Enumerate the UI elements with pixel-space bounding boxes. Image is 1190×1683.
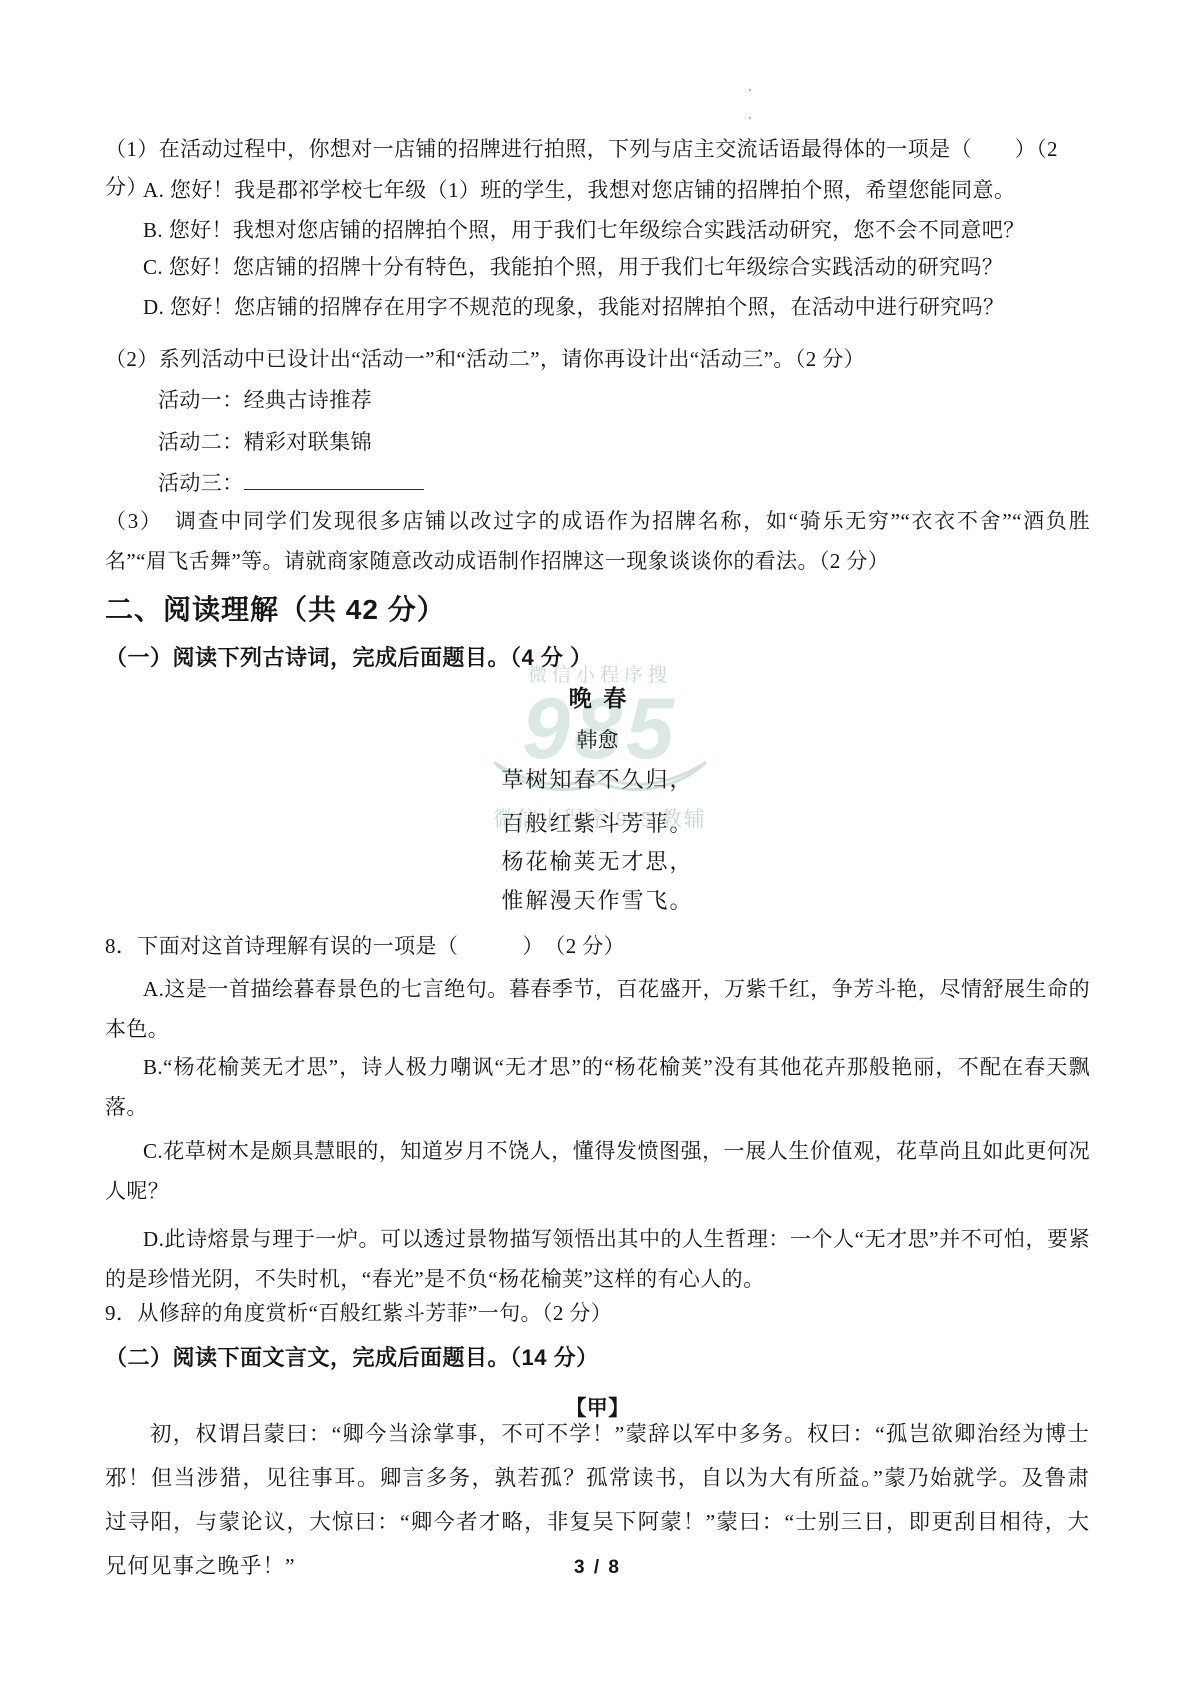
q9-stem: 9．从修辞的角度赏析“百般红紫斗芳菲”一句。（2 分） bbox=[105, 1298, 1090, 1328]
part-1-heading: （一）阅读下列古诗词，完成后面题目。（4 分 ） bbox=[105, 643, 1090, 673]
q8-option-d: D.此诗熔景与理于一炉。可以透过景物描写领悟出其中的人生哲理：一个人“无才思”并… bbox=[105, 1219, 1090, 1299]
activity-3-blank bbox=[244, 488, 424, 490]
poem-line-2: 百般红紫斗芳菲。 bbox=[105, 810, 1090, 838]
q8-option-a: A.这是一首描绘暮春景色的七言绝句。暮春季节，百花盛开，万紫千红，争芳斗艳，尽情… bbox=[105, 969, 1090, 1049]
poem-line-4: 惟解漫天作雪飞。 bbox=[105, 887, 1090, 915]
section-2-heading: 二、阅读理解（共 42 分） bbox=[105, 592, 1090, 628]
q1-option-a: A. 您好！我是郡祁学校七年级（1）班的学生，我想对您店铺的招牌拍个照，希望您能… bbox=[143, 171, 1090, 209]
q1-option-b: B. 您好！我想对您店铺的招牌拍个照，用于我们七年级综合实践活动研究，您不会不同… bbox=[143, 211, 1090, 249]
activity-3: 活动三： bbox=[158, 464, 1090, 502]
q3-paragraph: （3） 调查中同学们发现很多店铺以改过字的成语作为招牌名称，如“骑乐无穷”“衣衣… bbox=[105, 501, 1090, 581]
part-2-heading: （二）阅读下面文言文，完成后面题目。（14 分） bbox=[105, 1343, 1090, 1373]
poem-line-3: 杨花榆荚无才思， bbox=[105, 848, 1090, 876]
q8-stem: 8．下面对这首诗理解有误的一项是（ ） （2 分） bbox=[105, 931, 1090, 961]
q8-option-c: C.花草树木是颇具慧眼的，知道岁月不饶人，懂得发愤图强，一展人生价值观，花草尚且… bbox=[105, 1131, 1090, 1211]
q1-option-c: C. 您好！您店铺的招牌十分有特色，我能拍个照，用于我们七年级综合实践活动的研究… bbox=[143, 248, 1090, 286]
activity-1: 活动一：经典古诗推荐 bbox=[158, 381, 1090, 419]
page-number: 3 / 8 bbox=[105, 1556, 1090, 1580]
q8-option-b: B.“杨花榆荚无才思”，诗人极力嘲讽“无才思”的“杨花榆荚”没有其他花卉那般艳丽… bbox=[105, 1047, 1090, 1127]
q1-option-d: D. 您好！您店铺的招牌存在用字不规范的现象，我能对招牌拍个照，在活动中进行研究… bbox=[143, 288, 1090, 326]
activity-3-label: 活动三： bbox=[158, 471, 244, 495]
poem-line-1: 草树知春不久归， bbox=[105, 766, 1090, 794]
activity-2: 活动二：精彩对联集锦 bbox=[158, 423, 1090, 461]
stray-mark-1: ’ bbox=[748, 88, 752, 99]
stray-mark-2: ’ bbox=[748, 116, 752, 127]
exam-page: ’ ’ 微信小程序搜 985 微信小程序:985 教辅 （1）在活动过程中，你想… bbox=[0, 0, 1190, 1683]
q2-stem: （2）系列活动中已设计出“活动一”和“活动二”，请你再设计出“活动三”。（2 分… bbox=[105, 340, 1090, 378]
poem-title: 晚 春 bbox=[105, 684, 1090, 714]
poem-author: 韩愈 bbox=[105, 726, 1090, 754]
